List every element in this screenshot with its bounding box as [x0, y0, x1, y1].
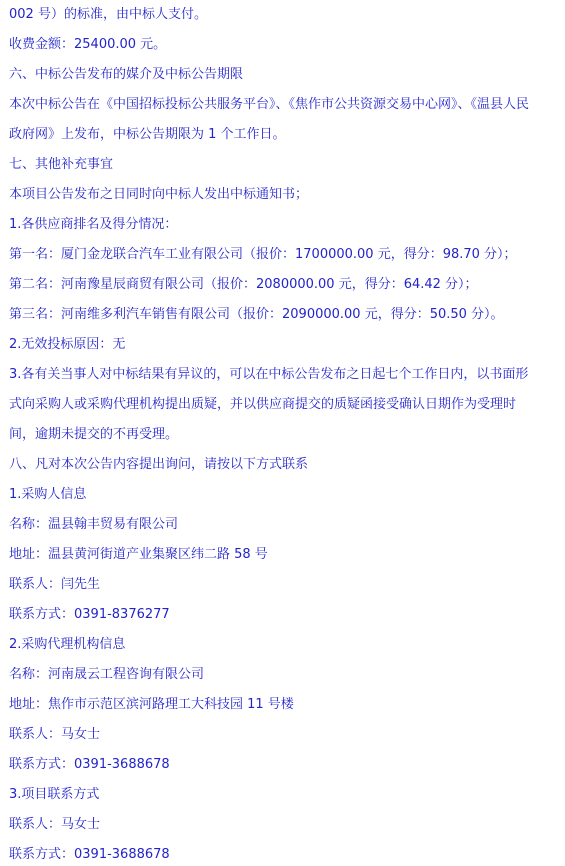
invalid-bid-line: 2.无效投标原因：无: [9, 330, 559, 360]
agency-phone-line: 联系方式：0391-3688678: [9, 750, 559, 780]
agency-address-line: 地址：焦作市示范区滨河路理工大科技园 11 号楼: [9, 690, 559, 720]
project-contact-line: 联系人：马女士: [9, 810, 559, 840]
objection-line-1: 3.各有关当事人对中标结果有异议的，可以在中标公告发布之日起七个工作日内，以书面…: [9, 360, 559, 390]
agency-name-line: 名称：河南晟云工程咨询有限公司: [9, 660, 559, 690]
media-paragraph-line-1: 本次中标公告在《中国招标投标公共服务平台》、《焦作市公共资源交易中心网》、《温县…: [9, 90, 559, 120]
project-phone-line: 联系方式：0391-3688678: [9, 840, 559, 866]
ranking-second-line: 第二名：河南豫星辰商贸有限公司（报价：2080000.00 元，得分：64.42…: [9, 270, 559, 300]
purchaser-name-line: 名称：温县翰丰贸易有限公司: [9, 510, 559, 540]
objection-line-2: 式向采购人或采购代理机构提出质疑，并以供应商提交的质疑函接受确认日期作为受理时: [9, 390, 559, 420]
announcement-document: 002 号）的标准，由中标人支付。 收费金额：25400.00 元。 六、中标公…: [0, 0, 565, 866]
ranking-title-line: 1.各供应商排名及得分情况：: [9, 210, 559, 240]
section-heading-seven: 七、其他补充事宜: [9, 150, 559, 180]
agency-info-title: 2.采购代理机构信息: [9, 630, 559, 660]
ranking-first-line: 第一名：厦门金龙联合汽车工业有限公司（报价：1700000.00 元，得分：98…: [9, 240, 559, 270]
purchaser-phone-line: 联系方式：0391-8376277: [9, 600, 559, 630]
section-heading-six: 六、中标公告发布的媒介及中标公告期限: [9, 60, 559, 90]
payment-standard-line: 002 号）的标准，由中标人支付。: [9, 0, 559, 30]
purchaser-info-title: 1.采购人信息: [9, 480, 559, 510]
section-heading-eight: 八、凡对本次公告内容提出询问，请按以下方式联系: [9, 450, 559, 480]
award-notice-line: 本项目公告发布之日同时向中标人发出中标通知书；: [9, 180, 559, 210]
objection-line-3: 间，逾期未提交的不再受理。: [9, 420, 559, 450]
purchaser-address-line: 地址：温县黄河街道产业集聚区纬二路 58 号: [9, 540, 559, 570]
project-contact-title: 3.项目联系方式: [9, 780, 559, 810]
ranking-third-line: 第三名：河南维多利汽车销售有限公司（报价：2090000.00 元，得分：50.…: [9, 300, 559, 330]
fee-amount-line: 收费金额：25400.00 元。: [9, 30, 559, 60]
purchaser-contact-line: 联系人：闫先生: [9, 570, 559, 600]
agency-contact-line: 联系人：马女士: [9, 720, 559, 750]
media-paragraph-line-2: 政府网》上发布，中标公告期限为 1 个工作日。: [9, 120, 559, 150]
